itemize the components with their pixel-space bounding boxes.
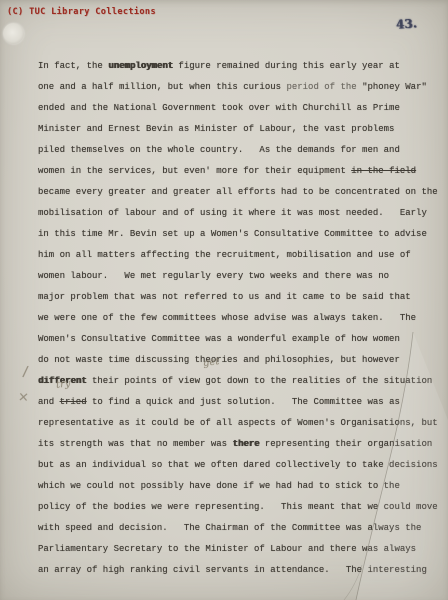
text-line: policy of the bodies we were representin…	[38, 497, 442, 518]
text-line: women labour. We met regularly every two…	[38, 266, 442, 287]
text-line: with speed and decision. The Chairman of…	[38, 518, 442, 539]
text-line: in this time Mr. Bevin set up a Women's …	[38, 224, 442, 245]
text-line: major problem that was not referred to u…	[38, 287, 442, 308]
handwritten-correction-try: try	[55, 378, 71, 391]
margin-pencil-slash-mark: /	[22, 364, 29, 381]
text-line: became every greater and greater all eff…	[38, 182, 442, 203]
margin-pencil-cross-mark: ×	[17, 390, 29, 406]
text-line: one and a half million, but when this cu…	[38, 77, 442, 98]
text-line: mobilisation of labour and of using it w…	[38, 203, 442, 224]
text-line: Parliamentary Secretary to the Minister …	[38, 539, 442, 560]
text-line: representative as it could be of all asp…	[38, 413, 442, 434]
text-line: him on all matters affecting the recruit…	[38, 245, 442, 266]
text-line: different their points of view got down …	[38, 371, 442, 392]
text-line: do not waste time discussing theories an…	[38, 350, 442, 371]
text-line: but as an individual so that we often da…	[38, 455, 442, 476]
text-line: an array of high ranking civil servants …	[38, 560, 442, 581]
typewritten-lines: In fact, the unemployment figure remaine…	[38, 56, 442, 581]
page-number: 43.	[396, 16, 418, 31]
text-line: its strength was that no member was ther…	[38, 434, 442, 455]
text-line: piled themselves on the whole country. A…	[38, 140, 442, 161]
text-line: Minister and Ernest Bevin as Minister of…	[38, 119, 442, 140]
handwritten-correction-get: get	[202, 356, 220, 369]
text-line: we were one of the few committees whose …	[38, 308, 442, 329]
text-line: ended and the National Government took o…	[38, 98, 442, 119]
scanned-document-page: (C) TUC Library Collections 43. In fact,…	[0, 0, 448, 600]
text-line: women in the services, but even' more fo…	[38, 161, 442, 182]
text-line: and tried to find a quick and just solut…	[38, 392, 442, 413]
text-line: which we could not possibly have done if…	[38, 476, 442, 497]
text-line: Women's Consultative Committee was a won…	[38, 329, 442, 350]
punch-hole-mark	[3, 23, 24, 44]
copyright-stamp: (C) TUC Library Collections	[7, 7, 156, 17]
text-line: In fact, the unemployment figure remaine…	[38, 56, 442, 77]
